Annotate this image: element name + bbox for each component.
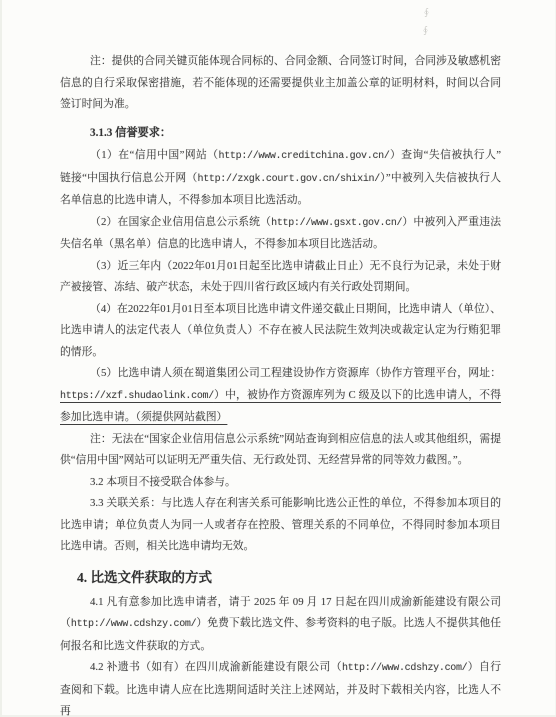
paragraph-text: 4. 比选文件获取的方式: [77, 570, 212, 585]
clause-3-2-no-consortium: 3.2 本项目不接受联合体参与。: [60, 472, 501, 494]
heading-4-document-acquisition: 4. 比选文件获取的方式: [60, 566, 501, 590]
paragraph-text: 注：提供的合同关键页能体现合同标的、合同金额、合同签订时间，合同涉及敏感机密信息…: [60, 55, 501, 110]
scan-artifact-mark-top: ∮: [422, 9, 431, 18]
clause-3-3-affiliation: 3.3 关联关系：与比选人存在利害关系可能影响比选公正性的单位，不得参加本项目的…: [60, 493, 501, 558]
document-page: ∮ ∮ 注：提供的合同关键页能体现合同标的、合同金额、合同签订时间，合同涉及敏感…: [0, 0, 556, 717]
paragraph-text: （4）在2022年01月01日至本项目比选申请文件递交截止日期间，比选申请人（单…: [60, 303, 501, 358]
url-text: https://xzf.shudaolink.com/: [60, 391, 214, 402]
scan-artifact-mark-bottom: ∮: [421, 27, 430, 36]
paragraph-text: （2）在国家企业信用信息公示系统（: [90, 216, 271, 228]
url-text: http://www.cdshzy.com/: [71, 619, 196, 630]
paragraph-text: 3.1.3 信誉要求：: [90, 127, 171, 139]
paragraph-text: （3）近三年内（2022年01月01日起至比选申请截止日止）无不良行为记录，未处…: [60, 260, 501, 294]
document-body: 注：提供的合同关键页能体现合同标的、合同金额、合同签订时间，合同涉及敏感机密信息…: [60, 51, 501, 717]
item-4-no-bribery-conviction: （4）在2022年01月01日至本项目比选申请文件递交截止日期间，比选申请人（单…: [60, 299, 501, 364]
url-text: http://www.cdshzy.com/: [342, 663, 467, 674]
url-text: http://zxgk.court.gov.cn/shixin/: [198, 174, 380, 185]
paragraph-text: 3.2 本项目不接受联合体参与。: [90, 476, 236, 488]
item-5-shudao-resource-pool: （5）比选申请人须在蜀道集团公司工程建设协作方资源库（协作方管理平台，网址：ht…: [60, 363, 501, 429]
paragraph-text: （5）比选申请人须在蜀道集团公司工程建设协作方资源库（协作方管理平台，网址：: [90, 367, 501, 379]
paragraph-text: 4.2 补遗书（如有）在四川成渝新能建设有限公司（: [90, 661, 342, 673]
note-equivalent-screenshot: 注：无法在“国家企业信用信息公示系统”网站查询到相应信息的法人或其他组织，需提供…: [60, 429, 501, 472]
url-text: http://www.creditchina.gov.cn/: [219, 151, 390, 162]
clause-4-2-addendum: 4.2 补遗书（如有）在四川成渝新能建设有限公司（http://www.cdsh…: [60, 657, 501, 717]
paragraph-text: （1）在“信用中国”网站（: [90, 149, 219, 161]
item-2-gsxt-blacklist: （2）在国家企业信用信息公示系统（http://www.gsxt.gov.cn/…: [60, 212, 501, 256]
clause-4-1-download: 4.1 凡有意参加比选申请者，请于 2025 年 09 月 17 日起在四川成渝…: [60, 592, 501, 658]
heading-3-1-3-credit-requirements: 3.1.3 信誉要求：: [60, 123, 501, 145]
paragraph-text: 注：无法在“国家企业信用信息公示系统”网站查询到相应信息的法人或其他组织，需提供…: [60, 433, 501, 467]
url-text: http://www.gsxt.gov.cn/: [271, 218, 402, 229]
paragraph-text: 3.3 关联关系：与比选人存在利害关系可能影响比选公正性的单位，不得参加本项目的…: [60, 497, 501, 552]
item-3-no-bad-records: （3）近三年内（2022年01月01日起至比选申请截止日止）无不良行为记录，未处…: [60, 256, 501, 299]
item-1-creditchina-check: （1）在“信用中国”网站（http://www.creditchina.gov.…: [60, 145, 501, 212]
note-contract-key-pages: 注：提供的合同关键页能体现合同标的、合同金额、合同签订时间，合同涉及敏感机密信息…: [60, 51, 501, 116]
